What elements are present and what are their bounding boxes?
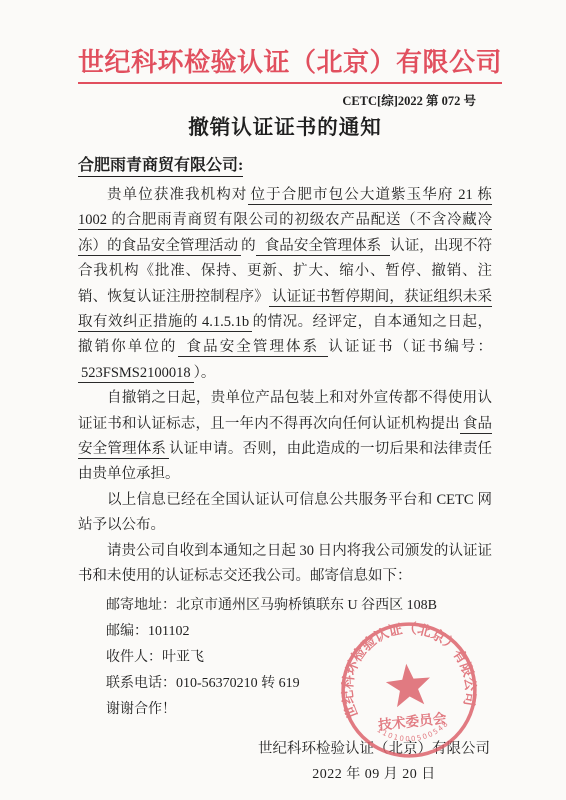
p1-certificate-number-underlined: 523FSMS2100018 (78, 365, 194, 383)
mailing-info-block: 邮寄地址：北京市通州区马驹桥镇联东 U 谷西区 108B 邮编：101102 收… (106, 593, 492, 724)
mailing-address: 邮寄地址：北京市通州区马驹桥镇联东 U 谷西区 108B (106, 593, 492, 619)
closing-thanks: 谢谢合作！ (106, 697, 492, 723)
letterhead: 世纪科环检验认证（北京）有限公司 (78, 42, 492, 84)
document-body: 贵单位获准我机构对位于合肥市包公大道紫玉华府 21 栋 1002 的合肥雨青商贸… (78, 183, 492, 724)
p1-tail: ）。 (194, 365, 216, 381)
signature-block: 世纪科环检验认证（北京）有限公司 2022 年 09 月 20 日 (78, 737, 492, 787)
paragraph-usage-prohibition: 自撤销之日起，贵单位产品包装上和对外宣传都不得使用认证证书和认证标志，且一年内不… (78, 386, 492, 488)
p1-lead: 贵单位获准我机构对 (107, 187, 248, 203)
mailing-recipient: 收件人：叶亚飞 (106, 645, 492, 671)
signature-company-name: 世纪科环检验认证（北京）有限公司 (258, 737, 490, 761)
signature-inner: 世纪科环检验认证（北京）有限公司 2022 年 09 月 20 日 (258, 737, 490, 787)
addressee-row: 合肥雨青商贸有限公司: (78, 140, 492, 177)
paragraph-publication-notice: 以上信息已经在全国认证认可信息公共服务平台和 CETC 网站予以公布。 (78, 488, 492, 539)
reference-number: CETC[综]2022 第 072 号 (78, 91, 492, 109)
document-page: 世纪科环检验认证（北京）有限公司 CETC[综]2022 第 072 号 撤销认… (0, 0, 566, 800)
p1-mid4: 认证证书（证书编号： (328, 339, 492, 355)
p1-mid1: 的 (241, 238, 256, 254)
document-title: 撤销认证证书的通知 (78, 110, 492, 140)
p2-lead: 自撤销之日起，贵单位产品包装上和对外宣传都不得使用认证证书和认证标志，且一年内不… (78, 390, 492, 431)
mailing-postcode: 邮编：101102 (106, 619, 492, 645)
paragraph-return-request: 请贵公司自收到本通知之日起 30 日内将我公司颁发的认证证书和未使用的认证标志交… (78, 539, 492, 590)
mailing-phone: 联系电话：010-56370210 转 619 (106, 671, 492, 697)
signature-date: 2022 年 09 月 20 日 (258, 763, 490, 787)
addressee: 合肥雨青商贸有限公司: (78, 152, 243, 177)
paragraph-revocation-details: 贵单位获准我机构对位于合肥市包公大道紫玉华府 21 栋 1002 的合肥雨青商贸… (78, 183, 492, 386)
p1-system2-underlined: 食品安全管理体系 (178, 339, 329, 357)
p1-system1-underlined: 食品安全管理体系 (256, 238, 390, 256)
company-header-title: 世纪科环检验认证（北京）有限公司 (78, 42, 502, 84)
